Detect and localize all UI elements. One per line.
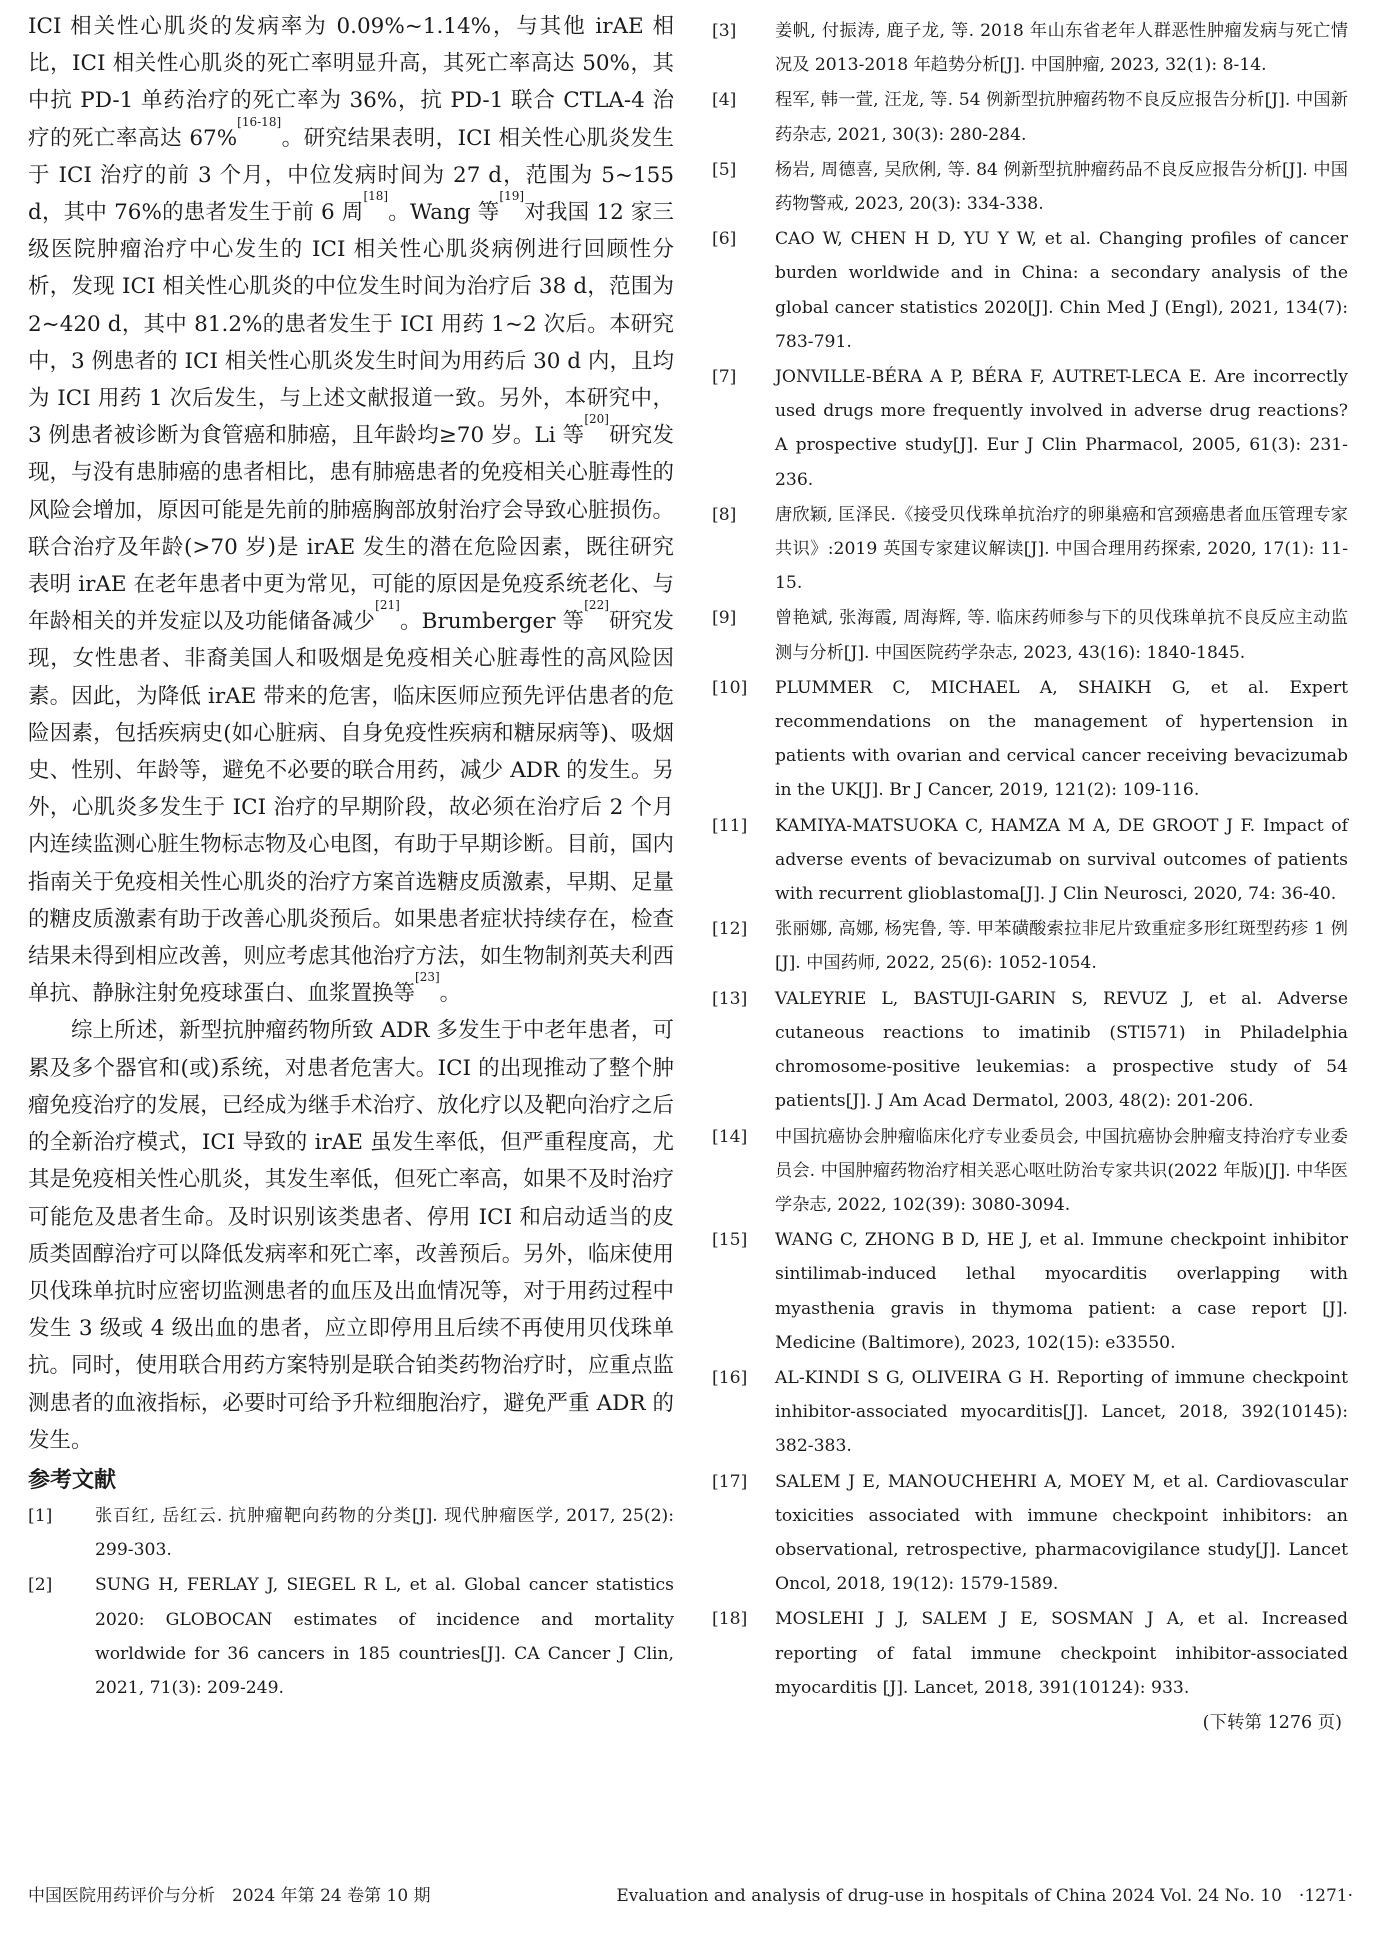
reference-number: [2] — [28, 1568, 95, 1705]
reference-text: 张丽娜, 高娜, 杨宪鲁, 等. 甲苯磺酸索拉非尼片致重症多形红斑型药疹 1 例… — [775, 912, 1348, 980]
reference-text: JONVILLE-BÉRA A P, BÉRA F, AUTRET-LECA E… — [775, 360, 1348, 497]
reference-number: [7] — [712, 360, 775, 497]
reference-number: [4] — [712, 83, 775, 151]
discussion-body: ICI 相关性心肌炎的发病率为 0.09%~1.14%，与其他 irAE 相比，… — [28, 8, 674, 1459]
body-text-segment: 综上所述，新型抗肿瘤药物所致 ADR 多发生于中老年患者，可累及多个器官和(或)… — [28, 1018, 674, 1452]
body-paragraph: ICI 相关性心肌炎的发病率为 0.09%~1.14%，与其他 irAE 相比，… — [28, 8, 674, 1012]
body-text-segment: 研究发现，与没有患肺癌的患者相比，患有肺癌患者的免疫相关心脏毒性的风险会增加，原… — [28, 423, 674, 634]
reference-item: [3]姜帆, 付振涛, 鹿子龙, 等. 2018 年山东省老年人群恶性肿瘤发病与… — [712, 14, 1348, 82]
reference-text: 张百红, 岳红云. 抗肿瘤靶向药物的分类[J]. 现代肿瘤医学, 2017, 2… — [95, 1499, 674, 1567]
references-heading: 参考文献 — [28, 1465, 674, 1497]
reference-text: SUNG H, FERLAY J, SIEGEL R L, et al. Glo… — [95, 1568, 674, 1705]
reference-text: PLUMMER C, MICHAEL A, SHAIKH G, et al. E… — [775, 671, 1348, 808]
reference-text: 曾艳斌, 张海霞, 周海辉, 等. 临床药师参与下的贝伐珠单抗不良反应主动监测与… — [775, 601, 1348, 669]
reference-number: [16] — [712, 1361, 775, 1464]
citation-marker[interactable]: [16-18] — [237, 115, 281, 129]
reference-number: [9] — [712, 601, 775, 669]
reference-item: [4]程军, 韩一萱, 汪龙, 等. 54 例新型抗肿瘤药物不良反应报告分析[J… — [712, 83, 1348, 151]
reference-item: [15]WANG C, ZHONG B D, HE J, et al. Immu… — [712, 1223, 1348, 1360]
reference-text: 程军, 韩一萱, 汪龙, 等. 54 例新型抗肿瘤药物不良反应报告分析[J]. … — [775, 83, 1348, 151]
reference-item: [13]VALEYRIE L, BASTUJI-GARIN S, REVUZ J… — [712, 982, 1348, 1119]
reference-text: MOSLEHI J J, SALEM J E, SOSMAN J A, et a… — [775, 1602, 1348, 1705]
reference-number: [12] — [712, 912, 775, 980]
left-column: ICI 相关性心肌炎的发病率为 0.09%~1.14%，与其他 irAE 相比，… — [28, 8, 674, 1706]
reference-number: [18] — [712, 1602, 775, 1705]
citation-marker[interactable]: [21] — [375, 598, 400, 612]
reference-list-left: [1]张百红, 岳红云. 抗肿瘤靶向药物的分类[J]. 现代肿瘤医学, 2017… — [28, 1499, 674, 1705]
reference-number: [17] — [712, 1465, 775, 1602]
footer-journal-chinese: 中国医院用药评价与分析 2024 年第 24 卷第 10 期 — [28, 1881, 431, 1911]
reference-item: [16]AL-KINDI S G, OLIVEIRA G H. Reportin… — [712, 1361, 1348, 1464]
reference-number: [6] — [712, 222, 775, 359]
reference-number: [3] — [712, 14, 775, 82]
reference-number: [8] — [712, 498, 775, 601]
reference-text: 中国抗癌协会肿瘤临床化疗专业委员会, 中国抗癌协会肿瘤支持治疗专业委员会. 中国… — [775, 1120, 1348, 1223]
citation-marker[interactable]: [19] — [499, 189, 524, 203]
citation-marker[interactable]: [22] — [584, 598, 609, 612]
continued-on-page-note: (下转第 1276 页) — [712, 1706, 1348, 1740]
reference-item: [11]KAMIYA-MATSUOKA C, HAMZA M A, DE GRO… — [712, 809, 1348, 912]
reference-text: AL-KINDI S G, OLIVEIRA G H. Reporting of… — [775, 1361, 1348, 1464]
reference-list-right: [3]姜帆, 付振涛, 鹿子龙, 等. 2018 年山东省老年人群恶性肿瘤发病与… — [712, 14, 1348, 1705]
citation-marker[interactable]: [23] — [415, 970, 440, 984]
reference-item: [8]唐欣颖, 匡泽民.《接受贝伐珠单抗治疗的卵巢癌和宫颈癌患者血压管理专家共识… — [712, 498, 1348, 601]
body-text-segment: 对我国 12 家三级医院肿瘤治疗中心发生的 ICI 相关性心肌炎病例进行回顾性分… — [28, 200, 674, 448]
reference-item: [9]曾艳斌, 张海霞, 周海辉, 等. 临床药师参与下的贝伐珠单抗不良反应主动… — [712, 601, 1348, 669]
reference-number: [10] — [712, 671, 775, 808]
reference-item: [18]MOSLEHI J J, SALEM J E, SOSMAN J A, … — [712, 1602, 1348, 1705]
reference-number: [1] — [28, 1499, 95, 1567]
reference-number: [5] — [712, 153, 775, 221]
citation-marker[interactable]: [18] — [363, 189, 388, 203]
reference-item: [12]张丽娜, 高娜, 杨宪鲁, 等. 甲苯磺酸索拉非尼片致重症多形红斑型药疹… — [712, 912, 1348, 980]
body-text-segment: 。 — [440, 981, 462, 1006]
right-column: [3]姜帆, 付振涛, 鹿子龙, 等. 2018 年山东省老年人群恶性肿瘤发病与… — [712, 14, 1348, 1740]
citation-marker[interactable]: [20] — [584, 412, 609, 426]
reference-text: WANG C, ZHONG B D, HE J, et al. Immune c… — [775, 1223, 1348, 1360]
reference-number: [11] — [712, 809, 775, 912]
reference-item: [5]杨岩, 周德喜, 吴欣俐, 等. 84 例新型抗肿瘤药品不良反应报告分析[… — [712, 153, 1348, 221]
reference-number: [14] — [712, 1120, 775, 1223]
footer-journal-english: Evaluation and analysis of drug-use in h… — [616, 1881, 1353, 1911]
reference-item: [6]CAO W, CHEN H D, YU Y W, et al. Chang… — [712, 222, 1348, 359]
reference-text: VALEYRIE L, BASTUJI-GARIN S, REVUZ J, et… — [775, 982, 1348, 1119]
reference-text: CAO W, CHEN H D, YU Y W, et al. Changing… — [775, 222, 1348, 359]
reference-item: [1]张百红, 岳红云. 抗肿瘤靶向药物的分类[J]. 现代肿瘤医学, 2017… — [28, 1499, 674, 1567]
reference-number: [15] — [712, 1223, 775, 1360]
body-text-segment: 研究发现，女性患者、非裔美国人和吸烟是免疫相关心脏毒性的高风险因素。因此，为降低… — [28, 609, 674, 1006]
reference-text: KAMIYA-MATSUOKA C, HAMZA M A, DE GROOT J… — [775, 809, 1348, 912]
reference-text: SALEM J E, MANOUCHEHRI A, MOEY M, et al.… — [775, 1465, 1348, 1602]
reference-item: [14]中国抗癌协会肿瘤临床化疗专业委员会, 中国抗癌协会肿瘤支持治疗专业委员会… — [712, 1120, 1348, 1223]
reference-text: 唐欣颖, 匡泽民.《接受贝伐珠单抗治疗的卵巢癌和宫颈癌患者血压管理专家共识》:2… — [775, 498, 1348, 601]
reference-item: [2]SUNG H, FERLAY J, SIEGEL R L, et al. … — [28, 1568, 674, 1705]
page-footer: 中国医院用药评价与分析 2024 年第 24 卷第 10 期 Evaluatio… — [0, 1881, 1375, 1911]
reference-text: 杨岩, 周德喜, 吴欣俐, 等. 84 例新型抗肿瘤药品不良反应报告分析[J].… — [775, 153, 1348, 221]
reference-item: [10]PLUMMER C, MICHAEL A, SHAIKH G, et a… — [712, 671, 1348, 808]
reference-item: [17]SALEM J E, MANOUCHEHRI A, MOEY M, et… — [712, 1465, 1348, 1602]
journal-page: ICI 相关性心肌炎的发病率为 0.09%~1.14%，与其他 irAE 相比，… — [0, 0, 1375, 1940]
body-paragraph: 综上所述，新型抗肿瘤药物所致 ADR 多发生于中老年患者，可累及多个器官和(或)… — [28, 1012, 674, 1458]
reference-number: [13] — [712, 982, 775, 1119]
body-text-segment: 。Wang 等 — [388, 200, 499, 225]
reference-item: [7]JONVILLE-BÉRA A P, BÉRA F, AUTRET-LEC… — [712, 360, 1348, 497]
body-text-segment: 。Brumberger 等 — [400, 609, 584, 634]
reference-text: 姜帆, 付振涛, 鹿子龙, 等. 2018 年山东省老年人群恶性肿瘤发病与死亡情… — [775, 14, 1348, 82]
